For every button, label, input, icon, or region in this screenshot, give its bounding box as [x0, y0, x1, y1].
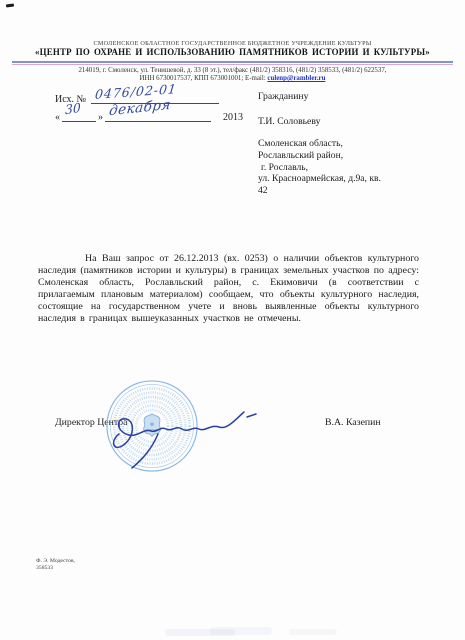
email-label: E-mail:: [245, 75, 266, 82]
director-signature-icon: [105, 396, 260, 476]
org-name-line: «ЦЕНТР ПО ОХРАНЕ И ИСПОЛЬЗОВАНИЮ ПАМЯТНИ…: [0, 47, 465, 57]
recipient-address-line: Смоленская область,: [258, 138, 381, 150]
org-contacts-line: ИНН 6730017537, КПП 673001001; E-mail: c…: [0, 75, 465, 82]
recipient-address-line: ул. Красноармейская, д.9а, кв.: [258, 173, 381, 185]
recipient-address: Смоленская область, Рославльский район, …: [258, 138, 381, 197]
day-handwritten: 30: [65, 100, 81, 118]
org-address-line: 214019, г. Смоленск, ул. Тенишевой, д. 3…: [0, 67, 465, 74]
recipient-name: Т.И. Соловьеву: [258, 116, 320, 127]
org-inn-kpp: ИНН 6730017537, КПП 673001001;: [140, 75, 244, 82]
quote-close: »: [98, 112, 103, 123]
month-underline: декабря: [105, 109, 211, 122]
recipient-salutation: Гражданину: [258, 91, 308, 102]
executor-name: Ф. Э. Модестов,: [36, 558, 75, 565]
divider-top-line: [12, 61, 453, 63]
quote-open: «: [55, 112, 60, 123]
executor-note: Ф. Э. Модестов, 358533: [36, 558, 75, 572]
org-type-line: СМОЛЕНСКОЕ ОБЛАСТНОЕ ГОСУДАРСТВЕННОЕ БЮД…: [0, 40, 465, 47]
year-text: 2013: [223, 112, 243, 123]
recipient-address-line: г. Рославль,: [258, 162, 381, 174]
date-row: «30»декабря2013: [55, 109, 243, 123]
letter-page: СМОЛЕНСКОЕ ОБЛАСТНОЕ ГОСУДАРСТВЕННОЕ БЮД…: [0, 0, 465, 640]
letterhead-divider: [12, 61, 453, 66]
scan-smudge: [210, 627, 272, 635]
executor-phone: 358533: [36, 565, 75, 572]
divider-bottom-line: [12, 64, 453, 66]
recipient-address-line: 42: [258, 185, 381, 197]
day-underline: 30: [62, 109, 96, 122]
scan-smudge: [289, 629, 337, 635]
scan-artifact: [6, 3, 14, 7]
recipient-address-line: Рославльский район,: [258, 150, 381, 162]
body-paragraph: На Ваш запрос от 26.12.2013 (вх. 0253) о…: [38, 253, 419, 325]
email-link[interactable]: culenp@rambler.ru: [267, 75, 325, 82]
signer-name: В.А. Казепин: [325, 417, 381, 428]
